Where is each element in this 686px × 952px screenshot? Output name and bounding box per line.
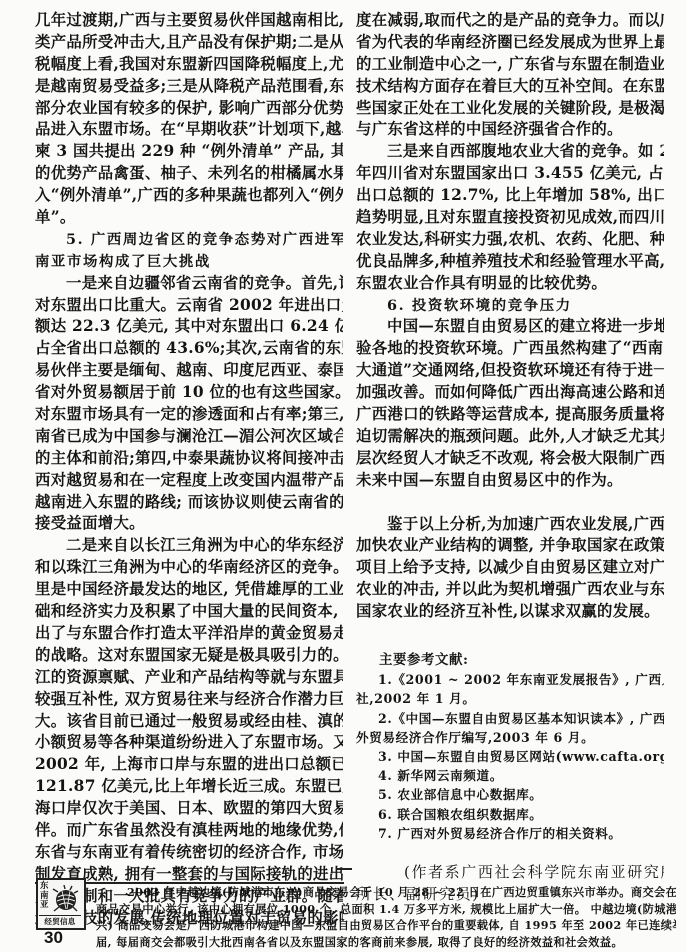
text-line: 占全省出口总额的 43.6%;其次,云南省的东盟贸 [35, 338, 343, 360]
text-line: 小额贸易等各种渠道纷纷进入了东盟市场。又如 [35, 732, 343, 754]
text-line: 未来中国—东盟自由贸易区中的作为。 [356, 470, 664, 492]
text-line: 东盟农业合作具有明显的比较优势。 [356, 273, 664, 295]
text-line: 二是来自以长江三角洲为中心的华东经济区 [35, 535, 343, 557]
text-line: 品进入东盟市场。在“早期收获”计划项下,越、老、 [35, 119, 343, 141]
section-heading-line: 6. 投资软环境的竞争压力 [356, 295, 664, 317]
text-line: 出了与东盟合作打造太平洋沿岸的黄金贸易走廊 [35, 623, 343, 645]
text-line: 是越南贸易受益多;三是从降税产品范围看,东盟 [35, 76, 343, 98]
journal-logo: 东 南 亚 经贸信息 [36, 878, 86, 930]
footer-notice-line: 商品交易中心举行, 该中心拥有展位 1000 个, 总面积 1.4 万多平方米,… [96, 901, 676, 918]
text-line: 海口岸仅次于美国、日本、欧盟的第四大贸易伙 [35, 798, 343, 820]
text-line: 外贸易经济合作厅编写,2003 年 6 月。 [356, 728, 664, 747]
text-line: 接受益面增大。 [35, 513, 343, 535]
text-line: 1.《2001 ~ 2002 年东南亚发展报告》, 广西人民出版 [356, 670, 664, 689]
text-line: 东省与东南亚有着传统密切的经济合作, 市场机 [35, 842, 343, 864]
text-line: 加快农业产业结构的调整, 并争取国家在政策和 [356, 535, 664, 557]
text-line: 年四川省对东盟国家出口 3.455 亿美元, 占全省 [356, 163, 664, 185]
text-line: 农业的冲击, 并以此为契机增强广西农业与东盟 [356, 579, 664, 601]
text-line: 社,2002 年 1 月。 [356, 689, 664, 708]
text-line: 础和经济实力及积累了中国大量的民间资本, 提 [35, 601, 343, 623]
text-line: (作者系广西社会科学院东南亚研究所副 [356, 861, 664, 883]
text-line: 越南进入东盟的路线; 而该协议则使云南省的直 [35, 492, 343, 514]
text-line: 与广东省这样的中国经济强省合作的。 [356, 119, 664, 141]
footer-notice-line: 兴) 商品交易会是广西防城港市构建中国—东盟自由贸易区合作平台的重要载体, 自 … [96, 917, 676, 934]
paragraph-gap [356, 623, 664, 651]
text-line: 西对越贸易和在一定程度上改变国内温带产品经 [35, 470, 343, 492]
references-section: 主要参考文献: 1.《2001 ~ 2002 年东南亚发展报告》, 广西人民出版… [356, 651, 664, 843]
logo-vertical-text: 东 南 亚 [40, 882, 50, 911]
text-line: 额达 22.3 亿美元, 其中对东盟出口 6.24 亿美元, [35, 316, 343, 338]
text-line: 易伙伴主要是缅甸、越南、印度尼西亚、泰国。云南 [35, 360, 343, 382]
text-line: 技术结构方面存在着巨大的互补空间。在东盟一 [356, 76, 664, 98]
text-line: 出口总额的 12.7%, 比上年增加 58%, 出口增长 [356, 185, 664, 207]
text-line: 的主体和前沿;第四,中泰果蔬协议将间接冲击广 [35, 448, 343, 470]
text-line: 部分农业国有较多的保护, 影响广西部分优势产 [35, 98, 343, 120]
left-column-text: 几年过渡期,广西与主要贸易伙伴国越南相比,同类产品所受冲击大,且产品没有保护期;… [35, 10, 343, 929]
column-end-rule [336, 868, 352, 870]
right-column-text: 度在减弱,取而代之的是产品的竞争力。而以广东省为代表的华南经济圈已经发展成为世界… [356, 10, 664, 492]
text-line: 省对外贸易额居于前 10 位的也有这些国家。该省 [35, 382, 343, 404]
text-line: 优良品牌多,种植养殖技术和经验管理水平高,与 [356, 251, 664, 273]
text-line: 2002 年, 上海市口岸与东盟的进出口总额已达 [35, 754, 343, 776]
text-line: 鉴于以上分析,为加速广西农业发展,广西应 [356, 514, 664, 536]
page-number: 30 [44, 928, 63, 948]
text-line: 些国家正处在工业化发展的关键阶段, 是极渴望 [356, 98, 664, 120]
right-column: 度在减弱,取而代之的是产品的竞争力。而以广东省为代表的华南经济圈已经发展成为世界… [356, 10, 664, 905]
paragraph-gap [356, 492, 664, 514]
text-line: 度在减弱,取而代之的是产品的竞争力。而以广东 [356, 10, 664, 32]
text-line: 的工业制造中心之一, 广东省与东盟在制造业和 [356, 54, 664, 76]
text-line: 大通道”交通网络,但投资软环境还有待于进一步 [356, 360, 664, 382]
text-line: 里是中国经济最发达的地区, 凭借雄厚的工业基 [35, 579, 343, 601]
conclusion-paragraph: 鉴于以上分析,为加速广西农业发展,广西应加快农业产业结构的调整, 并争取国家在政… [356, 514, 664, 623]
text-line: 5. 农业部信息中心数据库。 [356, 785, 664, 804]
text-line: 验各地的投资软环境。广西虽然构建了“西南出海 [356, 338, 664, 360]
text-line: 入“例外清单”,广西的多种果蔬也都列入“例外清 [35, 185, 343, 207]
section-heading-line: 南亚市场构成了巨大挑战 [35, 251, 343, 273]
text-line: 较强互补性, 双方贸易往来与经济合作潜力巨 [35, 689, 343, 711]
text-line: 国家农业的经济互补性,以谋求双赢的发展。 [356, 601, 664, 623]
text-line: 6. 联合国粮农组织数据库。 [356, 805, 664, 824]
text-line: 类产品所受冲击大,且产品没有保护期;二是从降 [35, 32, 343, 54]
text-line: 中国—东盟自由贸易区的建立将进一步地考 [356, 316, 664, 338]
text-line: 2.《中国—东盟自由贸易区基本知识读本》, 广西对 [356, 709, 664, 728]
text-line: 对东盟出口比重大。云南省 2002 年进出口贸易总 [35, 295, 343, 317]
references-title: 主要参考文献: [356, 651, 664, 670]
section-heading-line: 5. 广西周边省区的竞争态势对广西进军东 [35, 229, 343, 251]
text-line: 柬 3 国共提出 229 种 “例外清单” 产品, 其中广西 [35, 141, 343, 163]
text-line: 对东盟市场具有一定的渗透面和占有率;第三,云 [35, 404, 343, 426]
text-line: 农业发达,科研实力强,农机、农药、化肥、种子等 [356, 229, 664, 251]
text-line: 几年过渡期,广西与主要贸易伙伴国越南相比,同 [35, 10, 343, 32]
text-line: 项目上给予支持, 以减少自由贸易区建立对广西 [356, 557, 664, 579]
text-line: 单”。 [35, 207, 343, 229]
text-line: 一是来自边疆邻省云南省的竞争。首先,该省 [35, 273, 343, 295]
text-line: 大。该省目前已通过一般贸易或经由桂、滇的边境 [35, 711, 343, 733]
text-line: 和以珠江三角洲为中心的华南经济区的竞争。这 [35, 557, 343, 579]
text-line: 的战略。这对东盟国家无疑是极具吸引力的。如浙 [35, 645, 343, 667]
text-line: 7. 广西对外贸易经济合作厅的相关资料。 [356, 824, 664, 843]
footer-notice: 2003 年中越边境(防城港市东兴)商品交易会于 10 月 28 ~ 22 日在… [96, 884, 676, 950]
text-line: 江的资源禀赋、产业和产品结构等就与东盟具有 [35, 667, 343, 689]
text-line: 广西港口的铁路等运营成本, 提高服务质量将是 [356, 404, 664, 426]
text-line: 3. 中国—东盟自由贸易区网站(www.cafta.org.cn)。 [356, 747, 664, 766]
text-line: 伴。而广东省虽然没有滇桂两地的地缘优势,但广 [35, 820, 343, 842]
text-line: 省为代表的华南经济圈已经发展成为世界上最大 [356, 32, 664, 54]
paragraph-gap [356, 843, 664, 861]
text-line: 税幅度上看,我国对东盟新四国降税幅度上,尤其 [35, 54, 343, 76]
text-line: 121.87 亿美元,比上年增长近三成。东盟已成为上 [35, 776, 343, 798]
left-column: 几年过渡期,广西与主要贸易伙伴国越南相比,同类产品所受冲击大,且产品没有保护期;… [35, 10, 343, 929]
text-line: 加强改善。而如何降低广西出海高速公路和连接 [356, 382, 664, 404]
logo-bottom-text: 经贸信息 [39, 915, 81, 927]
references-list: 1.《2001 ~ 2002 年东南亚发展报告》, 广西人民出版社,2002 年… [356, 670, 664, 843]
text-line: 层次经贸人才缺乏不改观, 将会极大限制广西在 [356, 448, 664, 470]
footer-notice-line: 2003 年中越边境(防城港市东兴)商品交易会于 10 月 28 ~ 22 日在… [96, 884, 676, 901]
text-line: 的优势产品禽蛋、柚子、未列名的柑橘属水果被列 [35, 163, 343, 185]
text-line: 趋势明显,且对东盟直接投资初见成效,而四川省 [356, 207, 664, 229]
text-line: 4. 新华网云南频道。 [356, 766, 664, 785]
footer-notice-line: 届, 每届商交会都吸引大批西南各省以及东盟国家的客商前来参展, 取得了良好的经济… [96, 934, 676, 951]
text-line: 迫切需解决的瓶颈问题。此外,人才缺乏尤其是高 [356, 426, 664, 448]
logo-char: 亚 [40, 901, 50, 911]
text-line: 南省已成为中国参与澜沧江—湄公河次区域合作 [35, 426, 343, 448]
text-line: 三是来自西部腹地农业大省的竞争。如 2002 [356, 141, 664, 163]
globe-emblem-icon [50, 883, 82, 915]
